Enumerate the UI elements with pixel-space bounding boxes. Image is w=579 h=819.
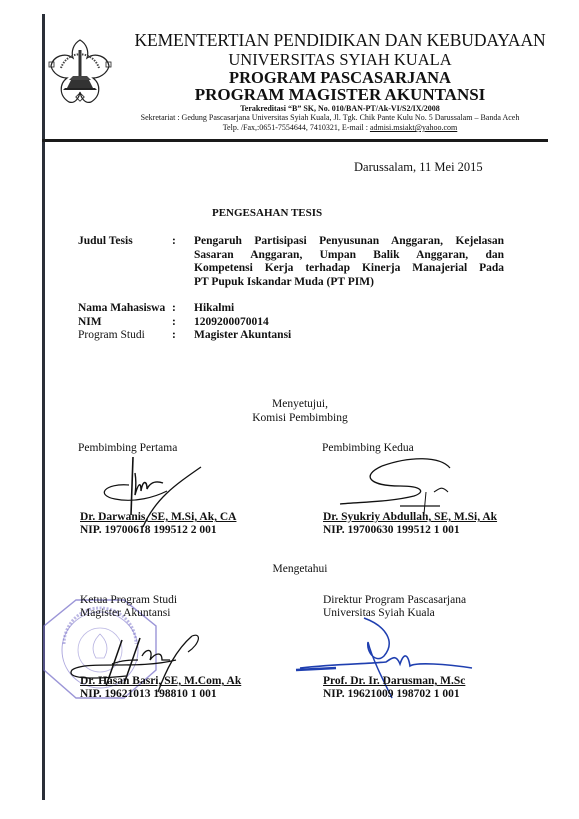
program-label: Program Studi	[78, 329, 170, 343]
nim-value: 1209200070014	[194, 316, 504, 330]
field-student-name: Nama Mahasiswa : Hikalmi	[78, 302, 504, 316]
advisor-2-nip: NIP. 19700630 199512 1 001	[323, 524, 460, 536]
thesis-title-line: Sasaran Anggaran, Umpan Balik Anggaran, …	[194, 249, 504, 263]
advisor-2-name: Dr. Syukriy Abdullah, SE, M.Si, Ak	[323, 511, 497, 523]
program-value: Magister Akuntansi	[194, 329, 504, 343]
letterhead-department: PROGRAM MAGISTER AKUNTANSI	[120, 85, 560, 105]
thesis-title-line: Pengaruh Partisipasi Penyusunan Anggaran…	[194, 235, 504, 249]
student-name-label: Nama Mahasiswa	[78, 302, 170, 316]
nim-label: NIM	[78, 316, 170, 330]
head-of-program-role: Ketua Program Studi	[80, 594, 177, 606]
field-thesis-title: Judul Tesis : Pengaruh Partisipasi Penyu…	[78, 235, 504, 289]
colon: :	[170, 302, 194, 316]
field-program: Program Studi : Magister Akuntansi	[78, 329, 504, 343]
student-name-value: Hikalmi	[194, 302, 504, 316]
head-of-program-unit: Magister Akuntansi	[80, 607, 170, 619]
acknowledgement-heading: Mengetahui	[160, 563, 440, 575]
thesis-title-line: PT Pupuk Iskandar Muda (PT PIM)	[194, 276, 504, 290]
director-name: Prof. Dr. Ir. Darusman, M.Sc	[323, 675, 465, 687]
letterhead-accreditation: Terakreditasi “B” SK, No. 010/BAN-PT/Ak-…	[120, 104, 560, 113]
contact-phone: Telp. /Fax,:0651-7554644, 7410321, E-mai…	[223, 123, 370, 132]
director-nip: NIP. 19621009 198702 1 001	[323, 688, 460, 700]
approval-heading: Menyetujui,	[160, 398, 440, 410]
university-emblem-icon	[47, 36, 113, 108]
letterhead-contact: Telp. /Fax,:0651-7554644, 7410321, E-mai…	[120, 123, 560, 132]
thesis-title-label: Judul Tesis	[78, 235, 170, 289]
document-title: PENGESAHAN TESIS	[212, 207, 322, 219]
director-role: Direktur Program Pascasarjana	[323, 594, 466, 606]
head-of-program-nip: NIP. 19621013 198810 1 001	[80, 688, 217, 700]
approval-subheading: Komisi Pembimbing	[160, 412, 440, 424]
advisor-1-nip: NIP. 19700618 199512 2 001	[80, 524, 217, 536]
letterhead-ministry: KEMENTERTIAN PENDIDIKAN DAN KEBUDAYAAN	[120, 30, 560, 51]
advisor-1-name: Dr. Darwanis, SE, M.Si, Ak, CA	[80, 511, 236, 523]
letterhead-divider	[42, 139, 548, 142]
colon: :	[170, 235, 194, 289]
contact-email-link[interactable]: admisi.msiakt@yahoo.com	[370, 123, 457, 132]
letterhead-university: UNIVERSITAS SYIAH KUALA	[120, 50, 560, 70]
thesis-title-line: Kompetensi Kerja terhadap Kinerja Manaje…	[194, 262, 504, 276]
head-of-program-name: Dr. Hasan Basri, SE, M.Com, Ak	[80, 675, 241, 687]
thesis-fields: Judul Tesis : Pengaruh Partisipasi Penyu…	[78, 235, 504, 343]
thesis-title-value: Pengaruh Partisipasi Penyusunan Anggaran…	[194, 235, 504, 289]
document-date: Darussalam, 11 Mei 2015	[354, 160, 483, 175]
letterhead-address: Sekretariat : Gedung Pascasarjana Univer…	[90, 113, 570, 122]
advisor-1-role: Pembimbing Pertama	[78, 442, 177, 454]
colon: :	[170, 329, 194, 343]
colon: :	[170, 316, 194, 330]
field-nim: NIM : 1209200070014	[78, 316, 504, 330]
